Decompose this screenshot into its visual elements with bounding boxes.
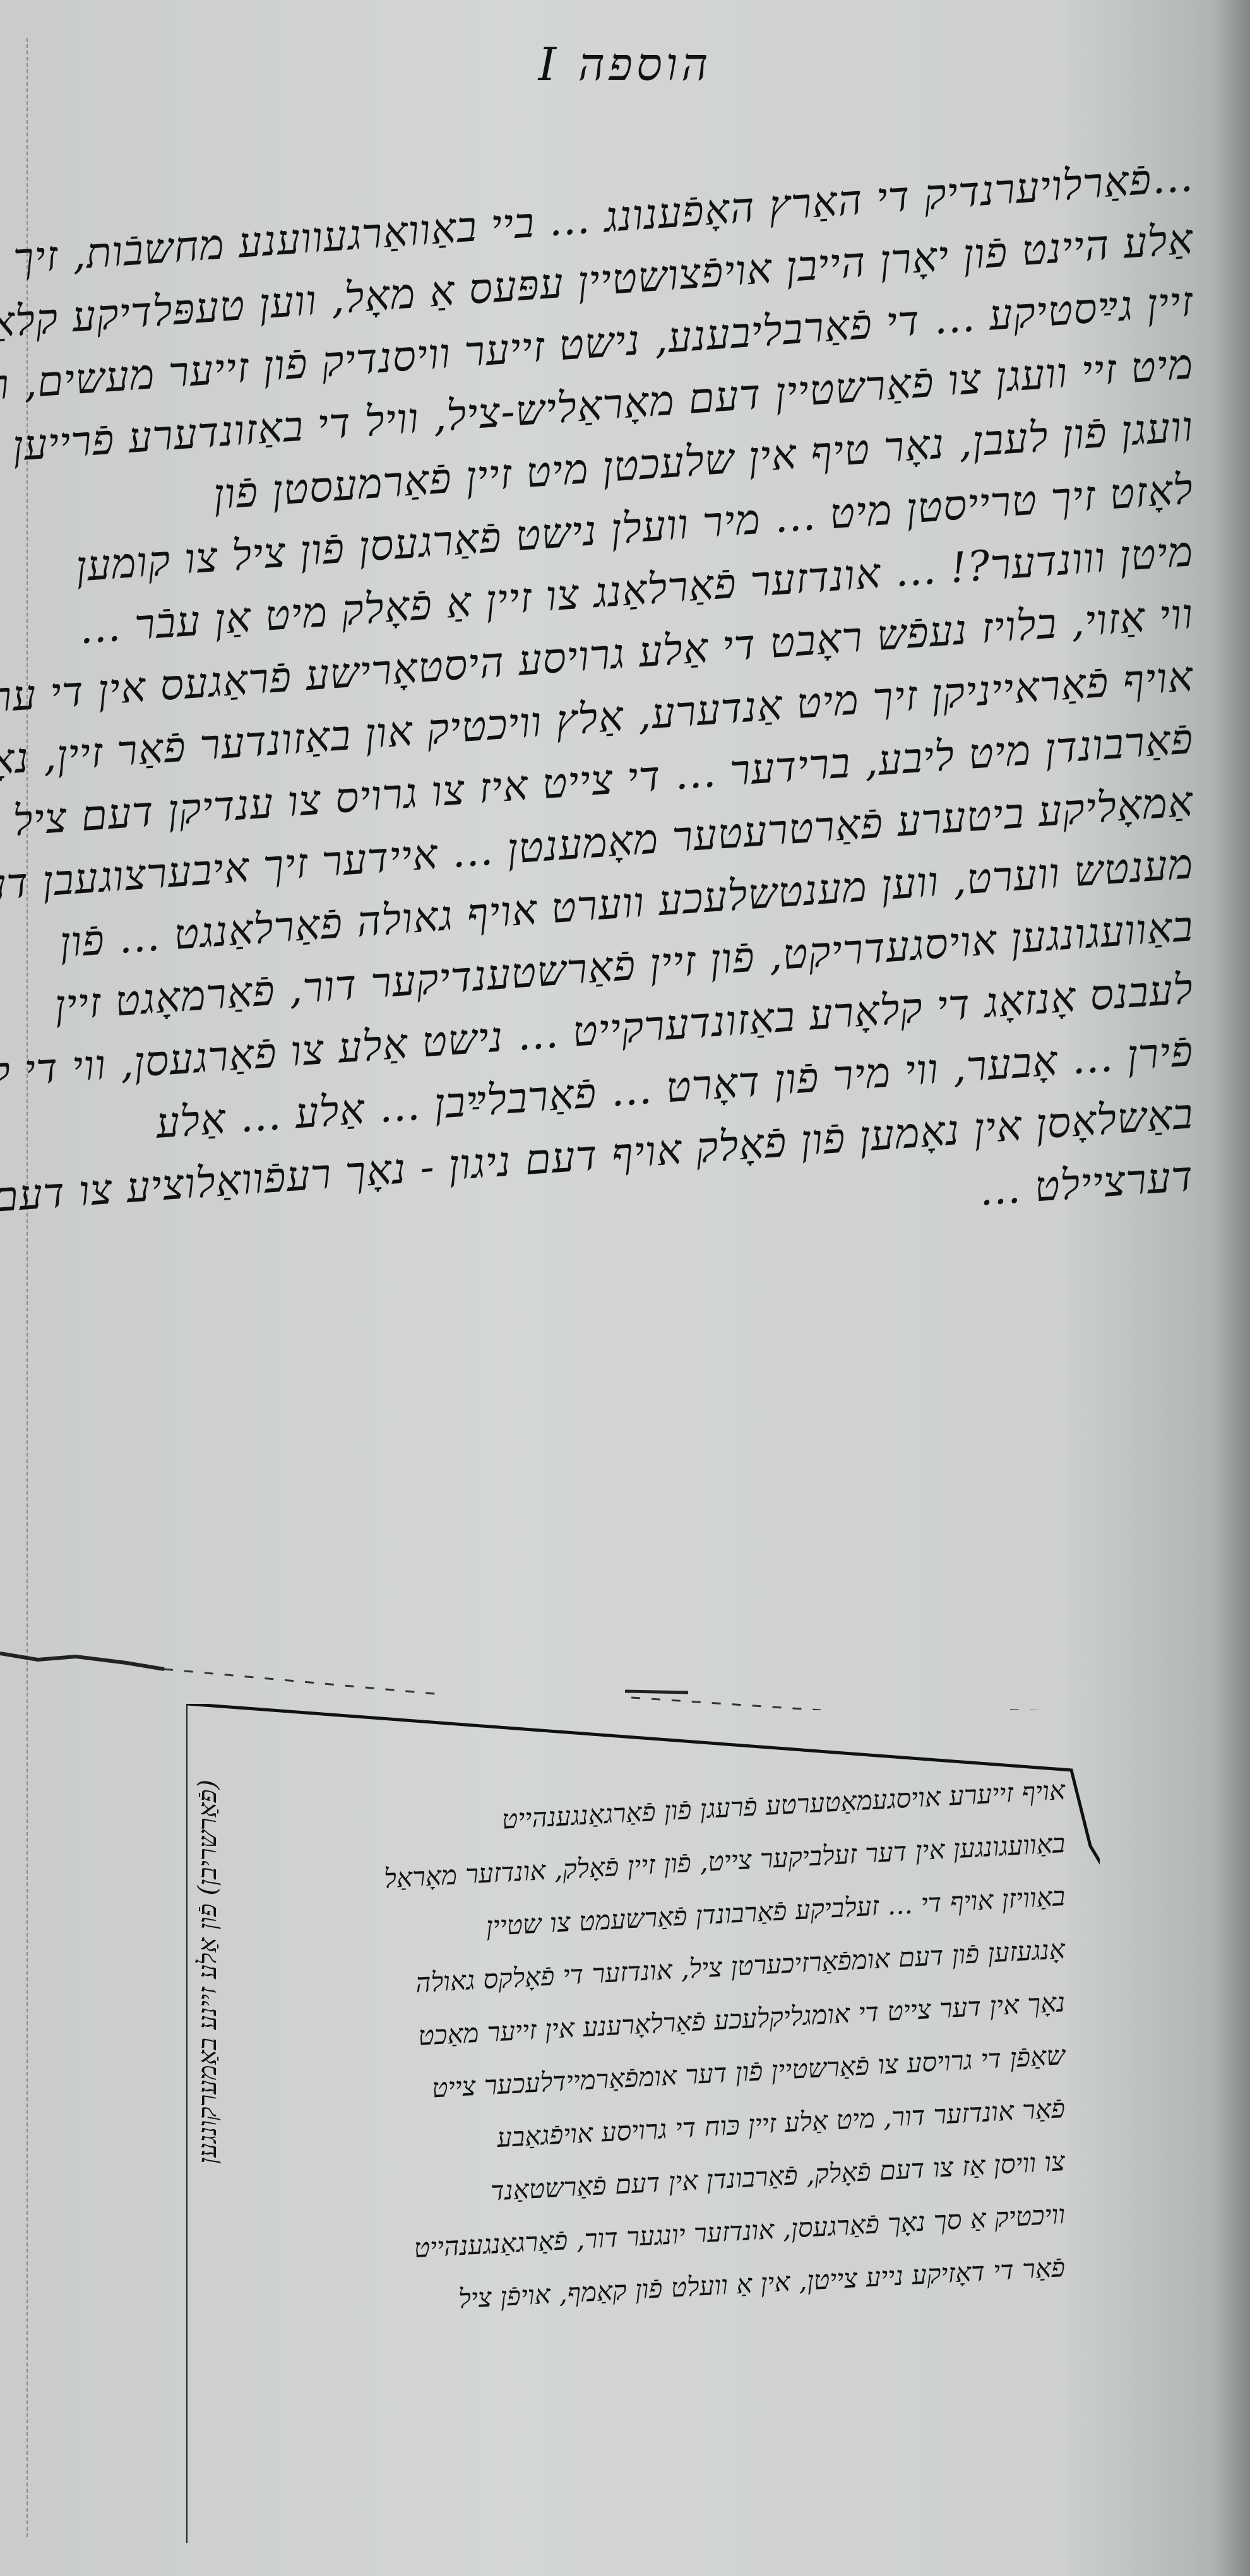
main-handwritten-text: ...פֿאַרלויערנדיק די האַרץ האָפֿענונג ..… (145, 145, 1193, 1207)
page-shadow-right (1212, 0, 1250, 2576)
inset-text: אויף זייערע אויסגעמאַטערטע פֿרעגן פֿון פ… (270, 1764, 1065, 2294)
page-title: הוספה I (0, 38, 1250, 92)
torn-paper-edge (0, 1634, 1250, 1710)
inset-note-fragment: אויף זייערע אויסגעמאַטערטע פֿרעגן פֿון פ… (186, 1704, 1100, 2543)
vertical-margin-note: (פֿאַרשריבן) פֿון אַלע זיינע באַמערקונגע… (193, 1780, 268, 2411)
